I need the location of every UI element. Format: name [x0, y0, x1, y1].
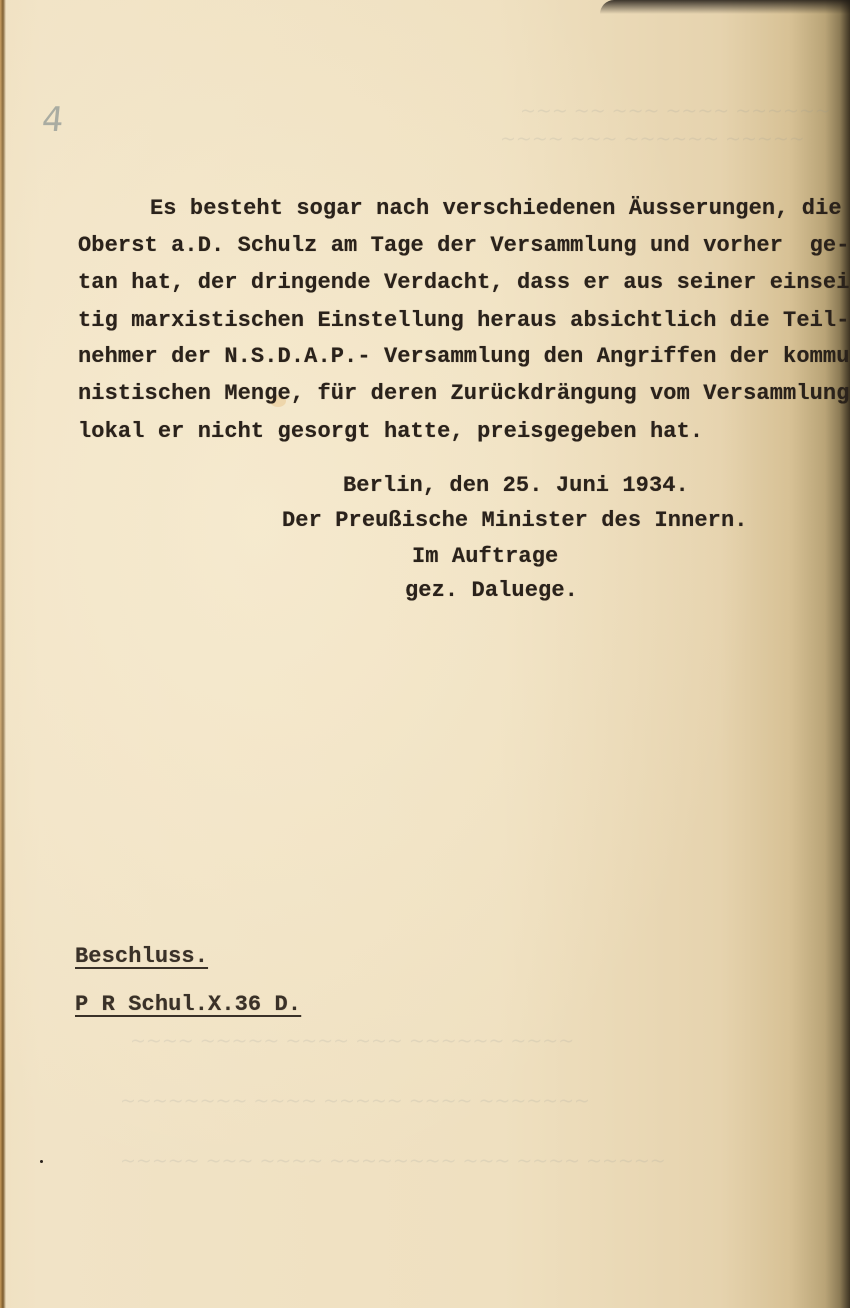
- bleed-through-texture: ~~~~ ~~~ ~~~~~~ ~~~~~: [500, 128, 805, 150]
- bleed-through-texture: ~~~~~ ~~~ ~~~~ ~~~~~~~~ ~~~ ~~~~ ~~~~~: [120, 1150, 666, 1172]
- signatory-line: gez. Daluege.: [405, 580, 578, 602]
- place-date: Berlin, den 25. Juni 1934.: [343, 475, 689, 497]
- body-line-6: nistischen Menge, für deren Zurückdrängu…: [78, 383, 850, 405]
- on-behalf-line: Im Auftrage: [412, 546, 558, 568]
- page-edge-shadow: [600, 0, 850, 14]
- body-line-1: Es besteht sogar nach verschiedenen Äuss…: [150, 198, 842, 220]
- bleed-through-texture: ~~~~~~~~ ~~~~ ~~~~~ ~~~~ ~~~~~~~: [120, 1090, 590, 1112]
- body-line-5: nehmer der N.S.D.A.P.- Versammlung den A…: [78, 346, 850, 368]
- file-reference: P R Schul.X.36 D.: [75, 994, 301, 1016]
- body-line-2: Oberst a.D. Schulz am Tage der Versammlu…: [78, 235, 850, 257]
- authority-line: Der Preußische Minister des Innern.: [282, 510, 748, 532]
- ink-speck: [40, 1160, 43, 1163]
- body-line-7: lokal er nicht gesorgt hatte, preisgegeb…: [78, 421, 703, 443]
- body-line-4: tig marxistischen Einstellung heraus abs…: [78, 310, 850, 332]
- bleed-through-texture: ~~~~ ~~~~~ ~~~~ ~~~ ~~~~~~ ~~~~: [130, 1030, 574, 1052]
- resolution-heading: Beschluss.: [75, 946, 208, 968]
- body-line-3: tan hat, der dringende Verdacht, dass er…: [78, 272, 850, 294]
- pencil-page-number: 4: [40, 100, 66, 140]
- bleed-through-texture: ~~~ ~~ ~~~ ~~~~ ~~~~~~: [520, 100, 831, 122]
